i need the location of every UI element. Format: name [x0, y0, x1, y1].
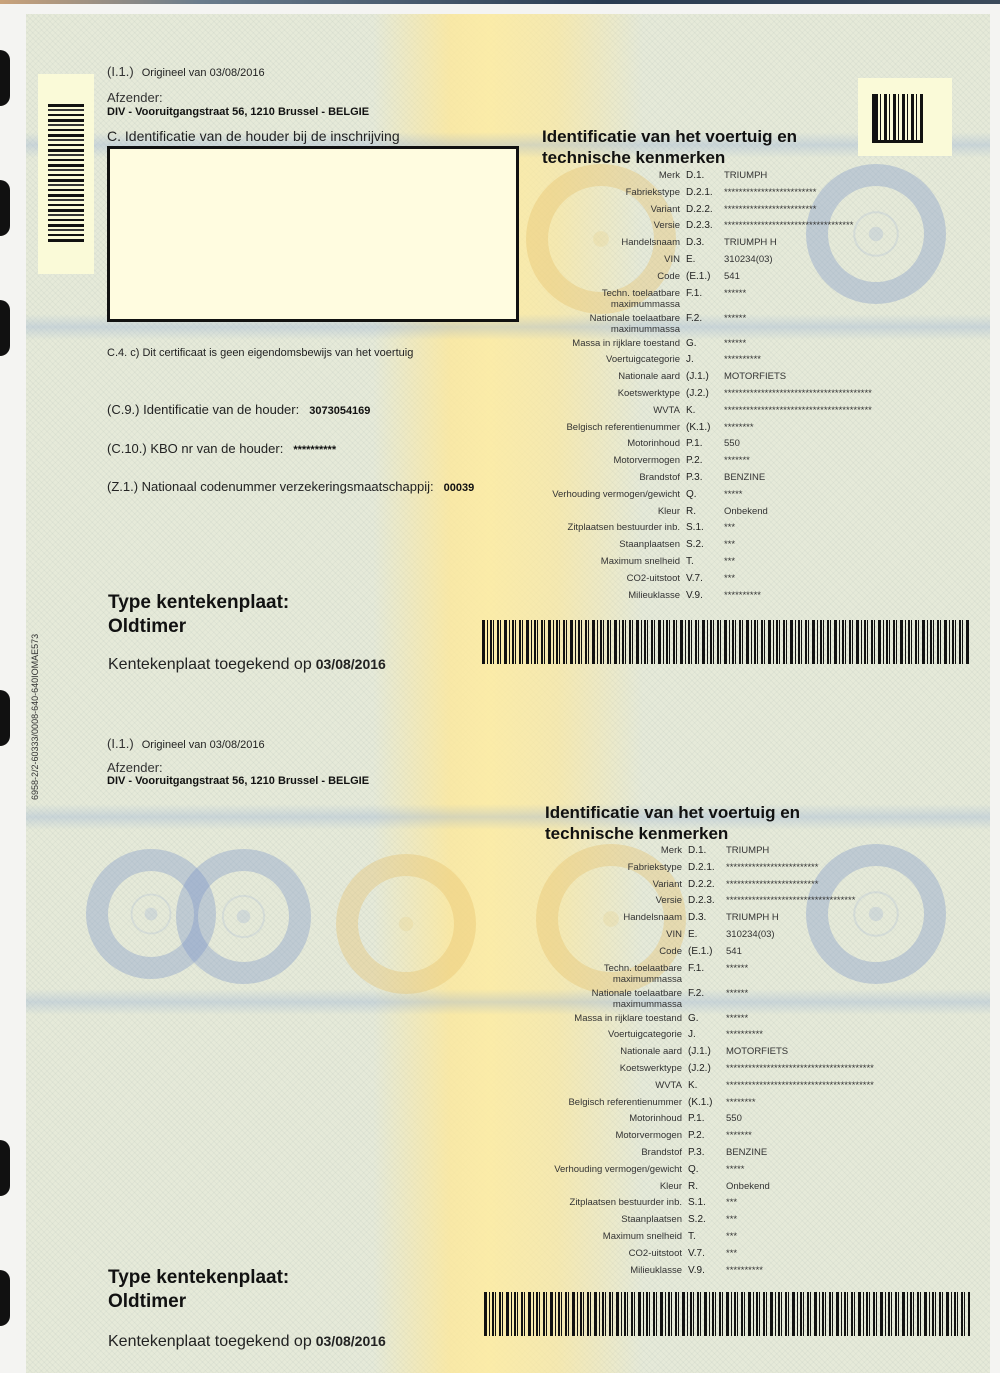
original-line: (I.1.)Origineel van 03/08/2016: [107, 736, 265, 751]
spec-code: F.1.: [688, 963, 724, 988]
spec-row: BrandstofP.3.BENZINE: [530, 472, 872, 489]
spec-label: Nationale toelaatbaremaximummassa: [530, 313, 686, 338]
spec-value: TRIUMPH H: [722, 237, 872, 254]
vehicle-heading-line2: technische kenmerken: [542, 147, 797, 168]
spec-row: VINE.310234(03): [532, 929, 874, 946]
spec-code: S.1.: [688, 1197, 724, 1214]
spec-row: VoertuigcategorieJ.**********: [530, 354, 872, 371]
spec-value: *****: [724, 1164, 874, 1181]
wheel-watermark: [336, 854, 476, 994]
spec-value: TRIUMPH H: [724, 912, 874, 929]
spec-value: ***: [724, 1231, 874, 1248]
spec-code: P.3.: [688, 1147, 724, 1164]
spec-row: VersieD.2.3.****************************…: [530, 220, 872, 237]
spec-label: Koetswerktype: [530, 388, 686, 405]
spec-value: ******: [722, 288, 872, 313]
spec-value: TRIUMPH: [724, 845, 874, 862]
sender-label: Afzender:: [107, 760, 163, 775]
c10-label: (C.10.) KBO nr van de houder:: [107, 441, 283, 456]
plate-assigned-date: 03/08/2016: [316, 656, 386, 672]
spec-row: Verhouding vermogen/gewichtQ.*****: [532, 1164, 874, 1181]
spec-value: ***: [722, 539, 872, 556]
spec-code: (J.1.): [686, 371, 722, 388]
spec-label: Milieuklasse: [530, 590, 686, 607]
spec-code: P.2.: [688, 1130, 724, 1147]
spec-value: **********: [724, 1265, 874, 1282]
spec-code: P.2.: [686, 455, 722, 472]
spec-value: ******: [722, 338, 872, 355]
spec-code: P.1.: [686, 438, 722, 455]
spec-label: Milieuklasse: [532, 1265, 688, 1282]
spec-code: (J.2.): [688, 1063, 724, 1080]
spec-row: Massa in rijklare toestandG.******: [530, 338, 872, 355]
spec-row: Maximum snelheidT.***: [532, 1231, 874, 1248]
spec-label: Zitplaatsen bestuurder inb.: [530, 522, 686, 539]
spec-value: 310234(03): [722, 254, 872, 271]
spec-value: BENZINE: [724, 1147, 874, 1164]
spec-code: R.: [686, 506, 722, 523]
spec-code: P.3.: [686, 472, 722, 489]
spec-code: F.2.: [686, 313, 722, 338]
vehicle-heading-line2: technische kenmerken: [545, 823, 800, 844]
spec-value: TRIUMPH: [722, 170, 872, 187]
spec-row: StaanplaatsenS.2.***: [532, 1214, 874, 1231]
spec-row: VariantD.2.2.*************************: [532, 879, 874, 896]
spec-row: Nationale toelaatbaremaximummassaF.2.***…: [530, 313, 872, 338]
spec-label: Merk: [532, 845, 688, 862]
spec-label: CO2-uitstoot: [532, 1248, 688, 1265]
spec-code: K.: [688, 1080, 724, 1097]
spec-code: S.1.: [686, 522, 722, 539]
spec-row: Verhouding vermogen/gewichtQ.*****: [530, 489, 872, 506]
spec-code: (K.1.): [688, 1097, 724, 1114]
spec-label: CO2-uitstoot: [530, 573, 686, 590]
sender-address: DIV - Vooruitgangstraat 56, 1210 Brussel…: [107, 106, 369, 118]
spec-value: ****************************************: [722, 388, 872, 405]
spec-row: HandelsnaamD.3.TRIUMPH H: [530, 237, 872, 254]
spec-row: Nationale aard(J.1.)MOTORFIETS: [530, 371, 872, 388]
spec-value: ********: [722, 422, 872, 439]
c4-note: C.4. c) Dit certificaat is geen eigendom…: [107, 347, 413, 359]
original-code: (I.1.): [107, 736, 134, 751]
z1-label: (Z.1.) Nationaal codenummer verzekerings…: [107, 479, 434, 494]
spec-code: V.7.: [688, 1248, 724, 1265]
c10-value: **********: [293, 444, 336, 456]
spec-label: Motorinhoud: [530, 438, 686, 455]
spec-row: KleurR.Onbekend: [530, 506, 872, 523]
spec-label: VIN: [532, 929, 688, 946]
spec-row: FabriekstypeD.2.1.**********************…: [532, 862, 874, 879]
vehicle-heading: Identificatie van het voertuig en techni…: [542, 126, 797, 168]
plate-assigned-label: Kentekenplaat toegekend op: [108, 1333, 312, 1350]
spec-row: VoertuigcategorieJ.**********: [532, 1029, 874, 1046]
spec-code: K.: [686, 405, 722, 422]
plate-type-label: Type kentekenplaat:: [108, 591, 289, 615]
spec-value: 550: [724, 1113, 874, 1130]
spec-label: Voertuigcategorie: [530, 354, 686, 371]
spec-row: Belgisch referentienummer(K.1.)********: [532, 1097, 874, 1114]
plate-assigned: Kentekenplaat toegekend op03/08/2016: [108, 1333, 386, 1351]
spec-label: Belgisch referentienummer: [532, 1097, 688, 1114]
spec-row: WVTAK.**********************************…: [532, 1080, 874, 1097]
spec-label: VIN: [530, 254, 686, 271]
spec-value: **********: [724, 1029, 874, 1046]
scan-edge: [0, 0, 1000, 4]
spec-label: Brandstof: [530, 472, 686, 489]
spec-row: Zitplaatsen bestuurder inb.S.1.***: [530, 522, 872, 539]
plate-type-value: Oldtimer: [108, 1290, 289, 1314]
spec-value: ***: [722, 556, 872, 573]
spec-code: (E.1.): [686, 271, 722, 288]
spec-label: Verhouding vermogen/gewicht: [532, 1164, 688, 1181]
spec-code: Q.: [686, 489, 722, 506]
spec-label: Motorinhoud: [532, 1113, 688, 1130]
spec-value: ***: [724, 1197, 874, 1214]
spec-code: (E.1.): [688, 946, 724, 963]
spec-label: Kleur: [532, 1181, 688, 1198]
plate-assigned-label: Kentekenplaat toegekend op: [108, 656, 312, 673]
spec-code: G.: [688, 1013, 724, 1030]
spec-row: MotorvermogenP.2.*******: [532, 1130, 874, 1147]
spec-code: S.2.: [688, 1214, 724, 1231]
spec-row: KleurR.Onbekend: [532, 1181, 874, 1198]
spec-label: Techn. toelaatbaremaximummassa: [532, 963, 688, 988]
spec-row: VersieD.2.3.****************************…: [532, 895, 874, 912]
spec-row: MilieuklasseV.9.**********: [532, 1265, 874, 1282]
spec-row: VINE.310234(03): [530, 254, 872, 271]
side-barcode: [48, 104, 84, 244]
spec-label: WVTA: [530, 405, 686, 422]
spec-value: ****************************************: [724, 1080, 874, 1097]
spec-value: **********: [722, 354, 872, 371]
spec-value: *******: [724, 1130, 874, 1147]
spec-code: F.2.: [688, 988, 724, 1013]
spec-value: ******: [722, 313, 872, 338]
spec-label: Variant: [530, 204, 686, 221]
spec-label: Merk: [530, 170, 686, 187]
binder-hole: [0, 50, 10, 106]
spec-code: V.9.: [688, 1265, 724, 1282]
spec-value: ****************************************: [722, 405, 872, 422]
spec-value: **********: [722, 590, 872, 607]
spec-label: Staanplaatsen: [530, 539, 686, 556]
plate-assigned-date: 03/08/2016: [316, 1333, 386, 1349]
spec-label: Motorvermogen: [532, 1130, 688, 1147]
spec-value: ***: [724, 1248, 874, 1265]
spec-value: 310234(03): [724, 929, 874, 946]
spec-value: ******: [724, 988, 874, 1013]
spec-label: Techn. toelaatbaremaximummassa: [530, 288, 686, 313]
spec-code: V.7.: [686, 573, 722, 590]
spec-value: *************************: [722, 187, 872, 204]
spec-label: Massa in rijklare toestand: [530, 338, 686, 355]
spec-row: Techn. toelaatbaremaximummassaF.1.******: [530, 288, 872, 313]
decorative-wave: [26, 804, 990, 830]
spec-code: D.3.: [686, 237, 722, 254]
spec-value: *****: [722, 489, 872, 506]
spec-value: *************************: [724, 879, 874, 896]
spec-value: Onbekend: [722, 506, 872, 523]
spec-row: Zitplaatsen bestuurder inb.S.1.***: [532, 1197, 874, 1214]
binder-hole: [0, 1270, 10, 1326]
spec-label: Koetswerktype: [532, 1063, 688, 1080]
spec-label: Voertuigcategorie: [532, 1029, 688, 1046]
vehicle-heading: Identificatie van het voertuig en techni…: [545, 802, 800, 844]
spec-row: Nationale aard(J.1.)MOTORFIETS: [532, 1046, 874, 1063]
spec-code: J.: [686, 354, 722, 371]
spec-row: Code(E.1.)541: [532, 946, 874, 963]
spec-row: Massa in rijklare toestandG.******: [532, 1013, 874, 1030]
spec-value: ********: [724, 1097, 874, 1114]
spec-value: ******: [724, 963, 874, 988]
spec-row: Koetswerktype(J.2.)*********************…: [530, 388, 872, 405]
spec-row: Nationale toelaatbaremaximummassaF.2.***…: [532, 988, 874, 1013]
vehicle-specs-table: MerkD.1.TRIUMPHFabriekstypeD.2.1.*******…: [530, 170, 872, 606]
vehicle-heading-line1: Identificatie van het voertuig en: [545, 802, 800, 823]
spec-code: D.3.: [688, 912, 724, 929]
spec-row: HandelsnaamD.3.TRIUMPH H: [532, 912, 874, 929]
spec-label: Maximum snelheid: [532, 1231, 688, 1248]
spec-label: Code: [530, 271, 686, 288]
spec-code: T.: [688, 1231, 724, 1248]
spec-label: Fabriekstype: [532, 862, 688, 879]
spec-row: MotorvermogenP.2.*******: [530, 455, 872, 472]
spec-label: WVTA: [532, 1080, 688, 1097]
binder-hole: [0, 180, 10, 236]
spec-label: Massa in rijklare toestand: [532, 1013, 688, 1030]
spec-value: ***********************************: [722, 220, 872, 237]
spec-row: MerkD.1.TRIUMPH: [530, 170, 872, 187]
plate-type-value: Oldtimer: [108, 615, 289, 639]
spec-value: ***********************************: [724, 895, 874, 912]
spec-code: D.2.1.: [688, 862, 724, 879]
spec-value: 541: [724, 946, 874, 963]
spec-label: Nationale toelaatbaremaximummassa: [532, 988, 688, 1013]
spec-label: Handelsnaam: [530, 237, 686, 254]
spec-label: Verhouding vermogen/gewicht: [530, 489, 686, 506]
wheel-watermark: [176, 849, 311, 984]
spec-value: *************************: [722, 204, 872, 221]
spec-code: R.: [688, 1181, 724, 1198]
spec-code: D.2.3.: [686, 220, 722, 237]
spec-code: S.2.: [686, 539, 722, 556]
spec-label: Nationale aard: [532, 1046, 688, 1063]
spec-code: D.2.2.: [686, 204, 722, 221]
plate-type: Type kentekenplaat: Oldtimer: [108, 591, 289, 639]
holder-heading: C. Identificatie van de houder bij de in…: [107, 128, 400, 144]
spec-row: StaanplaatsenS.2.***: [530, 539, 872, 556]
spec-row: Belgisch referentienummer(K.1.)********: [530, 422, 872, 439]
spec-code: D.2.2.: [688, 879, 724, 896]
spec-label: Kleur: [530, 506, 686, 523]
spec-value: *******: [722, 455, 872, 472]
sender-address: DIV - Vooruitgangstraat 56, 1210 Brussel…: [107, 775, 369, 787]
sender-label: Afzender:: [107, 90, 163, 105]
c10-kbo: (C.10.) KBO nr van de houder:**********: [107, 441, 336, 456]
barcode: [482, 620, 970, 664]
datamatrix-code: [872, 94, 923, 143]
spec-row: CO2-uitstootV.7.***: [532, 1248, 874, 1265]
spec-code: V.9.: [686, 590, 722, 607]
spec-value: MOTORFIETS: [724, 1046, 874, 1063]
spec-value: ***: [724, 1214, 874, 1231]
spec-code: Q.: [688, 1164, 724, 1181]
spec-row: CO2-uitstootV.7.***: [530, 573, 872, 590]
spec-value: ***: [722, 573, 872, 590]
spec-row: MotorinhoudP.1.550: [530, 438, 872, 455]
spec-row: Techn. toelaatbaremaximummassaF.1.******: [532, 963, 874, 988]
plate-type: Type kentekenplaat: Oldtimer: [108, 1266, 289, 1314]
spec-code: (J.2.): [686, 388, 722, 405]
spec-code: P.1.: [688, 1113, 724, 1130]
spec-value: ***: [722, 522, 872, 539]
vehicle-heading-line1: Identificatie van het voertuig en: [542, 126, 797, 147]
plate-assigned: Kentekenplaat toegekend op03/08/2016: [108, 656, 386, 674]
spec-code: F.1.: [686, 288, 722, 313]
spec-value: 550: [722, 438, 872, 455]
spec-label: Nationale aard: [530, 371, 686, 388]
spec-label: Versie: [532, 895, 688, 912]
spec-code: (K.1.): [686, 422, 722, 439]
holder-redacted-box: [107, 146, 519, 322]
document-serial-id: 6958-2/2-60333/0008-640-640IOMAE573: [30, 634, 40, 800]
z1-value: 00039: [444, 482, 475, 494]
c9-holder-id: (C.9.) Identificatie van de houder:30730…: [107, 402, 370, 417]
plate-type-label: Type kentekenplaat:: [108, 1266, 289, 1290]
spec-code: D.2.3.: [688, 895, 724, 912]
spec-value: BENZINE: [722, 472, 872, 489]
spec-row: MotorinhoudP.1.550: [532, 1113, 874, 1130]
spec-code: J.: [688, 1029, 724, 1046]
spec-label: Staanplaatsen: [532, 1214, 688, 1231]
spec-value: ****************************************: [724, 1063, 874, 1080]
spec-code: E.: [688, 929, 724, 946]
spec-label: Maximum snelheid: [530, 556, 686, 573]
spec-row: Code(E.1.)541: [530, 271, 872, 288]
spec-row: VariantD.2.2.*************************: [530, 204, 872, 221]
spec-label: Brandstof: [532, 1147, 688, 1164]
spec-row: MerkD.1.TRIUMPH: [532, 845, 874, 862]
original-text: Origineel van 03/08/2016: [142, 67, 265, 79]
spec-value: MOTORFIETS: [722, 371, 872, 388]
spec-code: D.2.1.: [686, 187, 722, 204]
spec-value: 541: [722, 271, 872, 288]
spec-code: T.: [686, 556, 722, 573]
binder-hole: [0, 1140, 10, 1196]
original-line: (I.1.)Origineel van 03/08/2016: [107, 64, 265, 79]
c9-label: (C.9.) Identificatie van de houder:: [107, 402, 299, 417]
vehicle-specs-table: MerkD.1.TRIUMPHFabriekstypeD.2.1.*******…: [532, 845, 874, 1281]
spec-value: ******: [724, 1013, 874, 1030]
spec-code: (J.1.): [688, 1046, 724, 1063]
spec-label: Fabriekstype: [530, 187, 686, 204]
spec-label: Code: [532, 946, 688, 963]
spec-code: D.1.: [686, 170, 722, 187]
spec-row: FabriekstypeD.2.1.**********************…: [530, 187, 872, 204]
spec-row: BrandstofP.3.BENZINE: [532, 1147, 874, 1164]
spec-label: Versie: [530, 220, 686, 237]
spec-code: G.: [686, 338, 722, 355]
spec-label: Belgisch referentienummer: [530, 422, 686, 439]
spec-label: Motorvermogen: [530, 455, 686, 472]
spec-row: Koetswerktype(J.2.)*********************…: [532, 1063, 874, 1080]
binder-hole: [0, 690, 10, 746]
spec-row: Maximum snelheidT.***: [530, 556, 872, 573]
spec-label: Handelsnaam: [532, 912, 688, 929]
spec-row: WVTAK.**********************************…: [530, 405, 872, 422]
spec-value: Onbekend: [724, 1181, 874, 1198]
original-code: (I.1.): [107, 64, 134, 79]
spec-code: E.: [686, 254, 722, 271]
z1-insurer-code: (Z.1.) Nationaal codenummer verzekerings…: [107, 479, 474, 494]
spec-value: *************************: [724, 862, 874, 879]
barcode: [484, 1292, 970, 1336]
original-text: Origineel van 03/08/2016: [142, 739, 265, 751]
spec-label: Zitplaatsen bestuurder inb.: [532, 1197, 688, 1214]
binder-hole: [0, 300, 10, 356]
spec-label: Variant: [532, 879, 688, 896]
c9-value: 3073054169: [309, 405, 370, 417]
spec-code: D.1.: [688, 845, 724, 862]
spec-row: MilieuklasseV.9.**********: [530, 590, 872, 607]
